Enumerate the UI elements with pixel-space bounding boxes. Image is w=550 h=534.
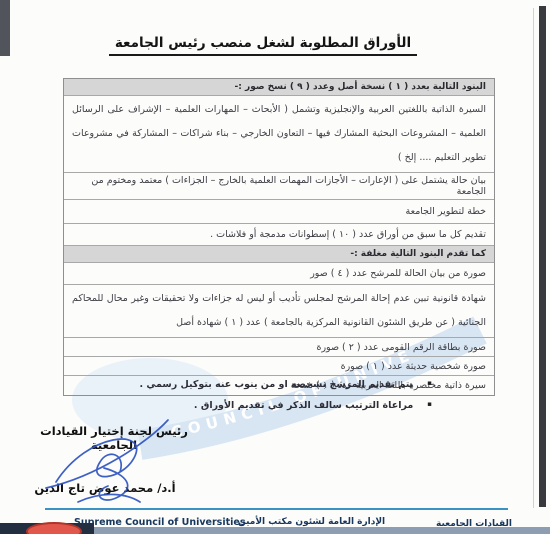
table-cell: خطة لتطوير الجامعة bbox=[72, 206, 486, 217]
page-border-line bbox=[533, 8, 534, 508]
list-item: ▪مراعاة الترتيب سالف الذكر في تقديم الأو… bbox=[140, 400, 432, 411]
table-cell: صورة بطاقة الرقم القومى عدد ( ٢ ) صورة bbox=[72, 342, 486, 353]
table-row: خطة لتطوير الجامعة bbox=[64, 200, 494, 224]
table-row: صورة بطاقة الرقم القومى عدد ( ٢ ) صورة bbox=[64, 338, 494, 357]
table-cell: صورة شخصية حديثة عدد ( ١ ) صورة bbox=[72, 361, 486, 372]
handwritten-signature bbox=[8, 414, 223, 514]
requirements-table: البنود التالية بعدد ( ١ ) نسخة أصل وعدد … bbox=[63, 78, 495, 396]
table-cell: السيرة الذاتية باللغتين العربية والإنجلي… bbox=[72, 98, 486, 170]
bottom-left-bar bbox=[0, 523, 94, 534]
table-row: صورة شخصية حديثة عدد ( ١ ) صورة bbox=[64, 357, 494, 376]
scan-edge-top-left bbox=[0, 0, 10, 56]
square-bullet-icon: ▪ bbox=[427, 400, 432, 408]
scanned-document-page: COUNCIL OF UNIVE الأوراق المطلوبة لشغل م… bbox=[0, 0, 550, 534]
table-cell: كما تقدم البنود التالية مغلفة :- bbox=[72, 249, 486, 259]
table-cell: شهادة قانونية تبين عدم إحالة المرشح لمجل… bbox=[72, 287, 486, 335]
footer-dept-arabic: الإدارة العامة لشئون مكتب الأمين bbox=[238, 517, 385, 527]
document-title: الأوراق المطلوبة لشغل منصب رئيس الجامعة bbox=[109, 35, 417, 56]
bottom-bar bbox=[94, 527, 550, 534]
document-title-wrap: الأوراق المطلوبة لشغل منصب رئيس الجامعة bbox=[0, 32, 526, 56]
table-cell: تقديم كل ما سبق من أوراق عدد ( ١٠ ) إسطو… bbox=[72, 229, 486, 240]
list-item: ▪يتم تقديم المرشح بشخصه او من ينوب عنه ب… bbox=[140, 379, 432, 390]
table-row: تقديم كل ما سبق من أوراق عدد ( ١٠ ) إسطو… bbox=[64, 224, 494, 246]
square-bullet-icon: ▪ bbox=[427, 379, 432, 387]
red-oval-marker bbox=[26, 522, 82, 534]
table-row: بيان حالة يشتمل على ( الإعارات – الأجازا… bbox=[64, 173, 494, 200]
table-section-header: كما تقدم البنود التالية مغلفة :- bbox=[64, 246, 494, 263]
table-row: صورة من بيان الحالة للمرشح عدد ( ٤ ) صور bbox=[64, 263, 494, 285]
table-row: السيرة الذاتية باللغتين العربية والإنجلي… bbox=[64, 96, 494, 173]
note-text: مراعاة الترتيب سالف الذكر في تقديم الأور… bbox=[194, 400, 413, 411]
table-row: شهادة قانونية تبين عدم إحالة المرشح لمجل… bbox=[64, 285, 494, 338]
table-cell: البنود التالية بعدد ( ١ ) نسخة أصل وعدد … bbox=[72, 82, 486, 92]
scan-edge-right bbox=[539, 6, 546, 507]
table-cell: بيان حالة يشتمل على ( الإعارات – الأجازا… bbox=[72, 175, 486, 197]
note-text: يتم تقديم المرشح بشخصه او من ينوب عنه بت… bbox=[140, 379, 414, 390]
table-cell: صورة من بيان الحالة للمرشح عدد ( ٤ ) صور bbox=[72, 268, 486, 279]
table-section-header: البنود التالية بعدد ( ١ ) نسخة أصل وعدد … bbox=[64, 79, 494, 96]
